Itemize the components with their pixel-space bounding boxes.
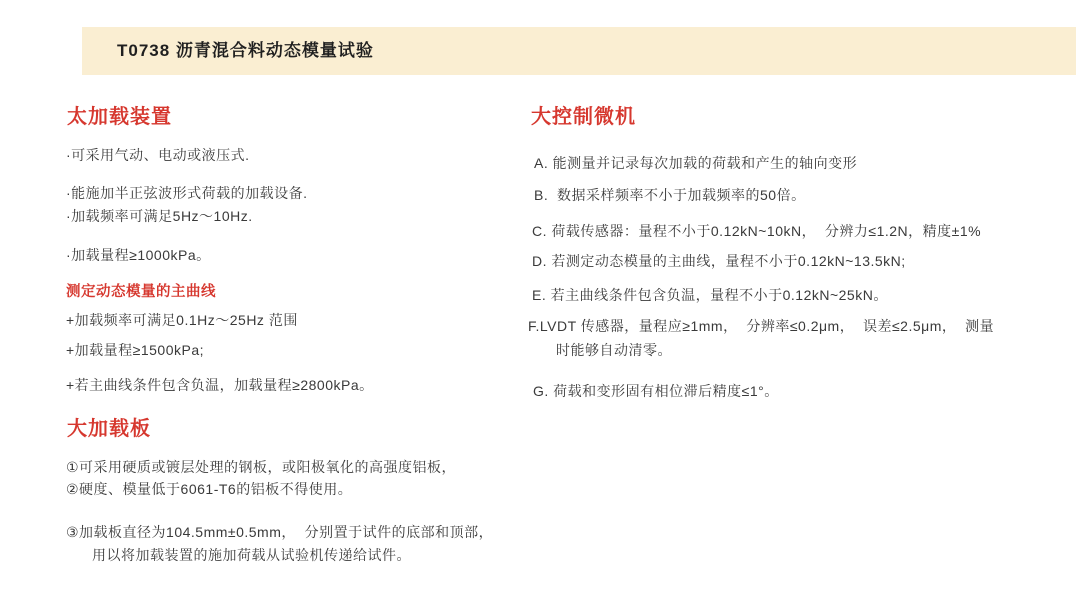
lettered-line-f-continuation: 时能够自动清零。 [556, 340, 672, 360]
lettered-line-a: A. 能测量并记录每次加载的荷载和产生的轴向变形 [534, 153, 857, 173]
numbered-line: ②硬度、模量低于6061-T6的铝板不得使用。 [66, 479, 352, 499]
lettered-line-f: F.LVDT 传感器，量程应≥1mm， 分辨率≤0.2μm， 误差≤2.5μm，… [528, 316, 994, 336]
lettered-line-d: D. 若测定动态模量的主曲线，量程不小于0.12kN~13.5kN; [532, 251, 906, 271]
bullet-line: ·能施加半正弦波形式荷载的加载设备. [66, 183, 308, 203]
numbered-line: ③加载板直径为104.5mm±0.5mm， 分别置于试件的底部和顶部， [66, 522, 493, 542]
section-heading-control-computer: 大控制微机 [531, 100, 636, 129]
numbered-line-continuation: 用以将加载装置的施加荷载从试验机传递给试件。 [92, 545, 411, 565]
title-banner: T0738 沥青混合料动态模量试验 [82, 27, 1076, 75]
lettered-line-g: G. 荷载和变形固有相位滞后精度≤1°。 [533, 381, 779, 401]
bullet-line: ·加载量程≥1000kPa。 [66, 245, 211, 265]
bullet-line: +加载频率可满足0.1Hz～25Hz 范围 [66, 310, 298, 330]
page: T0738 沥青混合料动态模量试验 太加载装置 ·可采用气动、电动或液压式. ·… [0, 0, 1080, 608]
numbered-line: ①可采用硬质或镀层处理的钢板，或阳极氧化的高强度铝板， [66, 457, 456, 477]
page-title: T0738 沥青混合料动态模量试验 [117, 27, 374, 75]
bullet-line: ·加载频率可满足5Hz～10Hz. [66, 206, 253, 226]
section-heading-loading-device: 太加载装置 [67, 100, 172, 129]
lettered-line-c: C. 荷载传感器：量程不小于0.12kN~10kN， 分辨力≤1.2N，精度±1… [532, 221, 981, 241]
bullet-line: +若主曲线条件包含负温，加载量程≥2800kPa。 [66, 375, 374, 395]
subsection-heading-master-curve: 测定动态模量的主曲线 [66, 280, 216, 301]
lettered-line-b: B. 数据采样频率不小于加载频率的50倍。 [534, 185, 806, 205]
section-heading-loading-plate: 大加载板 [67, 412, 151, 441]
lettered-line-e: E. 若主曲线条件包含负温，量程不小于0.12kN~25kN。 [532, 285, 888, 305]
bullet-line: +加载量程≥1500kPa; [66, 340, 204, 360]
bullet-line: ·可采用气动、电动或液压式. [66, 145, 250, 165]
